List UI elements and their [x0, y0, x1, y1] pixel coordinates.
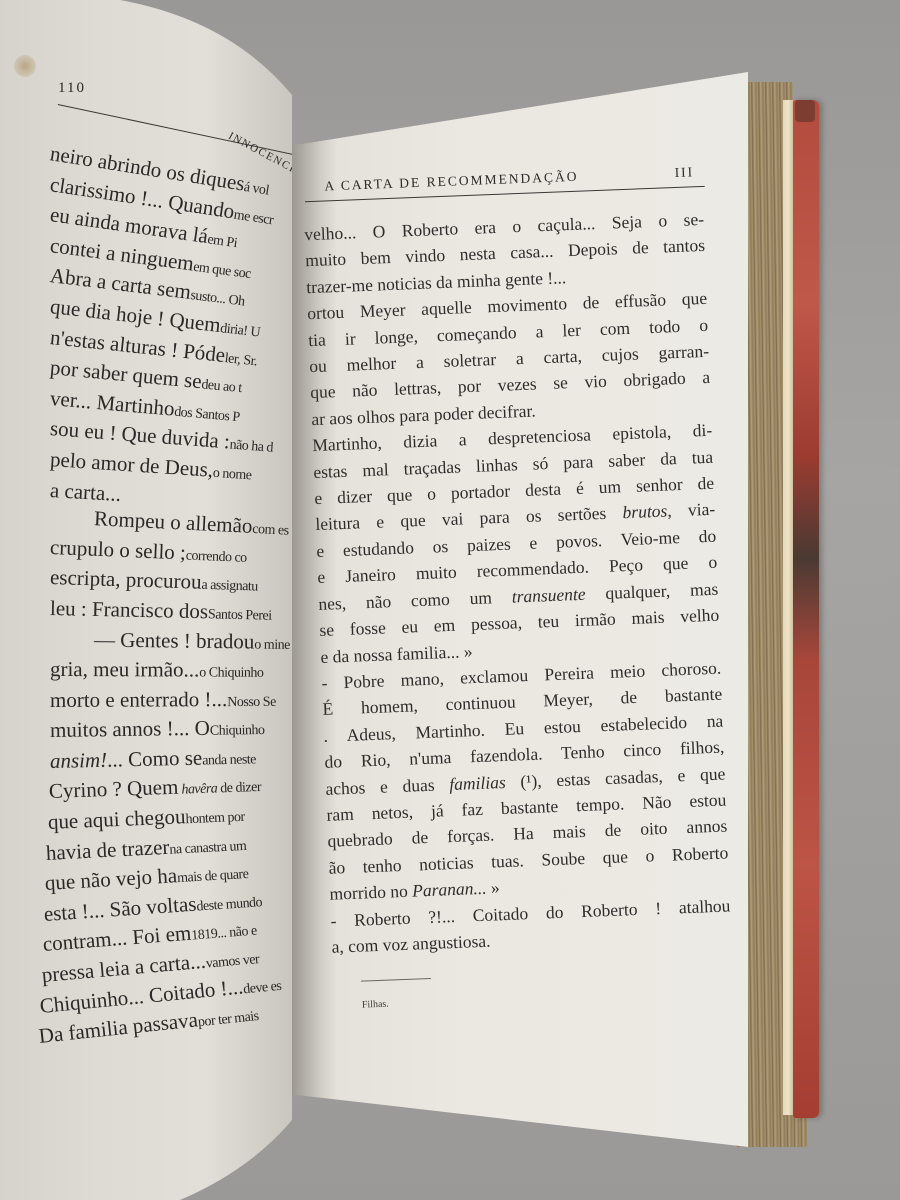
line-main-text: — Gentes ! bradou	[94, 627, 255, 653]
running-head: A CARTA DE RECOMMENDAÇÃO	[324, 169, 579, 195]
line-curled-text: á vol	[243, 180, 270, 199]
italic-word: brutos	[622, 501, 667, 523]
line-main-text: que aqui chegou	[47, 804, 186, 834]
italic-word: ansim!	[50, 748, 108, 773]
line-main-text: Rompeu o allemão	[93, 506, 253, 538]
line-curled-text: não ha d	[229, 438, 273, 456]
line-curled-text: 1819... não e	[191, 924, 257, 944]
line-curled-text: a assignatu	[201, 578, 258, 595]
line-curled-text: hontem por	[185, 810, 245, 827]
line-curled-text: Nosso Se	[227, 695, 276, 710]
line-curled-text: me escr	[233, 207, 274, 228]
page-number: 110	[58, 80, 86, 97]
line-curled-text: em que soc	[192, 259, 251, 281]
right-page-header: A CARTA DE RECOMMENDAÇÃO III	[324, 164, 694, 194]
left-page-body: neiro abrindo os diquesá volclarissimo !…	[50, 140, 310, 1054]
line-main-text: a carta...	[49, 478, 121, 506]
page-number: III	[674, 164, 694, 181]
line-curled-text: anda neste	[202, 752, 256, 768]
line-curled-text: o mine	[254, 637, 290, 652]
line-main-text: crupulo o sello ;	[50, 535, 187, 564]
text-line: gria, meu irmão...o Chiquinho	[50, 656, 295, 687]
line-curled-text: deste mundo	[196, 895, 263, 914]
right-page-content: A CARTA DE RECOMMENDAÇÃO III velho... O …	[282, 54, 789, 1146]
line-curled-text: por ter mais	[197, 1009, 259, 1030]
line-curled-text: havêra de dizer	[178, 780, 261, 798]
line-curled-text: dos Santos P	[174, 404, 241, 425]
line-main-text: escripta, procurou	[50, 565, 202, 594]
line-main-text: que não vejo ha	[44, 863, 178, 895]
line-curled-text: o Chiquinho	[199, 666, 263, 681]
line-curled-text: o nome	[212, 466, 252, 484]
line-curled-text: diria! U	[219, 321, 260, 340]
footnote-rule	[361, 978, 431, 982]
line-curled-text: Chiquinho	[210, 723, 265, 739]
left-page: 110 INNOCENCIA neiro abrindo os diquesá …	[0, 0, 292, 1200]
red-cover-edge	[793, 100, 819, 1118]
line-main-text: ansim!... Como se	[50, 745, 203, 772]
line-main-text: gria, meu irmão...	[50, 657, 199, 682]
text-line: leu : Francisco dosSantos Perei	[50, 595, 296, 631]
line-main-text: Cyrino ? Quem	[48, 775, 178, 803]
cover-corner	[795, 100, 815, 122]
italic-word: Paranan...	[412, 878, 487, 901]
line-main-text: morto e enterrado !...	[50, 687, 227, 712]
line-curled-text: vamos ver	[205, 952, 260, 972]
text-line: morto e enterrado !...Nosso Se	[50, 685, 295, 717]
right-page: A CARTA DE RECOMMENDAÇÃO III velho... O …	[282, 72, 748, 1147]
line-curled-text: mais de quare	[177, 867, 249, 886]
line-curled-text: correndo co	[185, 548, 247, 565]
line-curled-text: com es	[252, 522, 289, 539]
right-page-body: velho... O Roberto era o caçula... Seja …	[304, 206, 734, 1021]
line-curled-text: em Pi	[206, 232, 238, 251]
line-curled-text: na canastra um	[170, 839, 248, 858]
line-curled-text: deu ao t	[201, 378, 243, 397]
endpaper-edge	[783, 100, 793, 1115]
line-main-text: muitos annos !... O	[50, 716, 210, 742]
italic-word: transuente	[511, 583, 586, 606]
line-curled-text: susto... Oh	[190, 288, 246, 309]
italic-word: havêra	[181, 782, 217, 798]
line-curled-text: Santos Perei	[208, 607, 272, 623]
line-curled-text: deve es	[243, 978, 282, 997]
open-book-photo: A CARTA DE RECOMMENDAÇÃO III velho... O …	[0, 0, 900, 1200]
foxing-stain	[14, 55, 36, 77]
line-curled-text: ler, Sr.	[224, 351, 258, 369]
line-main-text: leu : Francisco dos	[50, 596, 209, 623]
line-main-text: havia de trazer	[46, 834, 171, 864]
italic-word: familias	[449, 771, 506, 793]
